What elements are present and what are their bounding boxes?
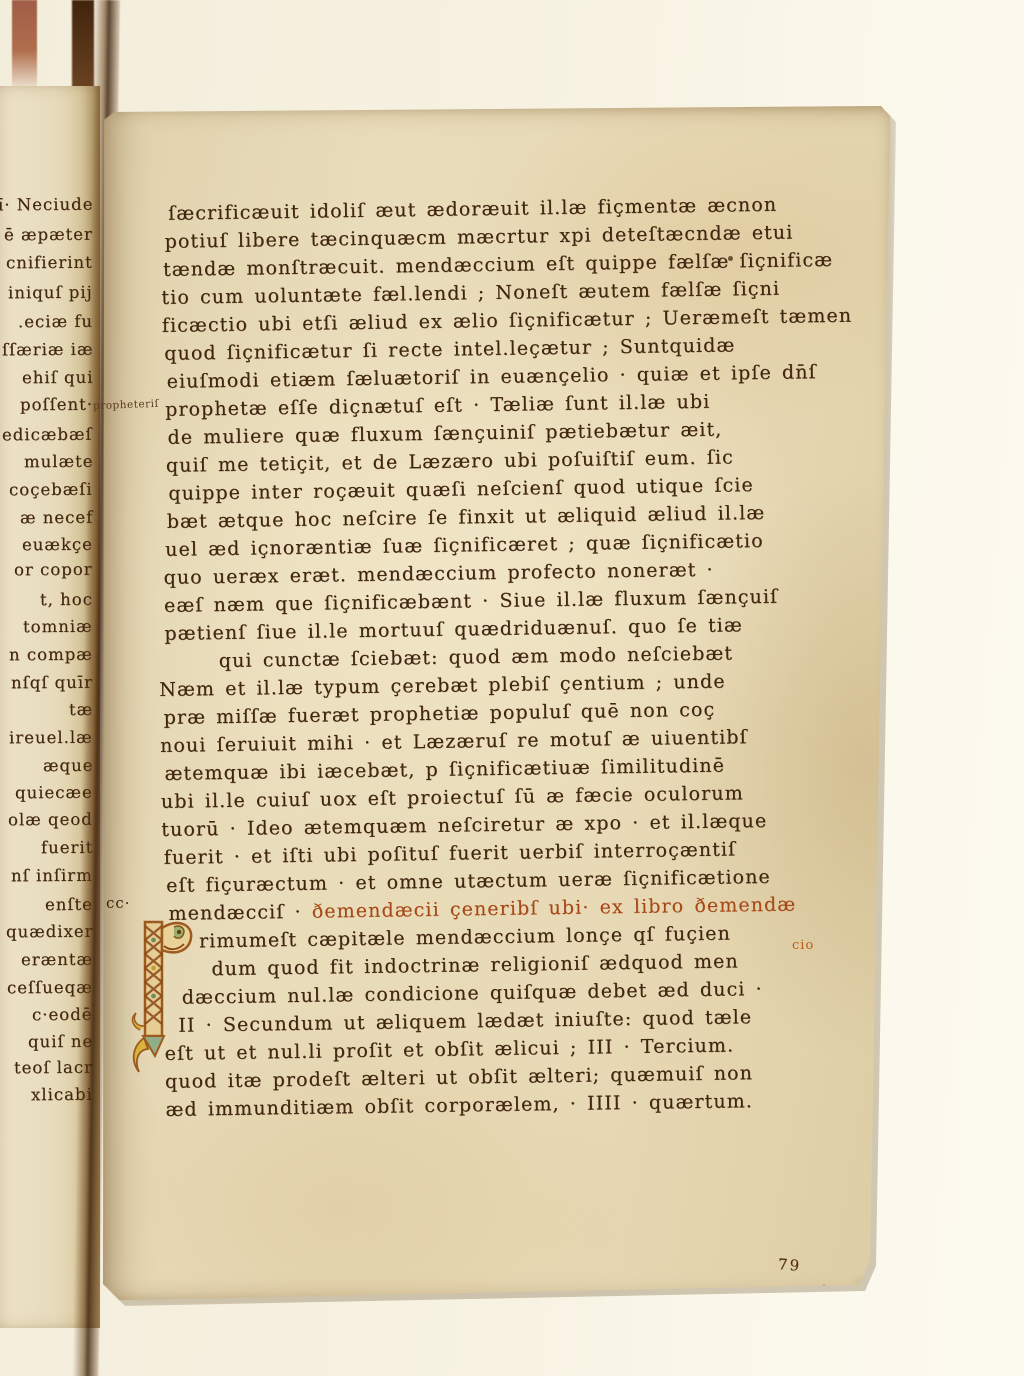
manuscript-page: ſæcrificæuit idoliſ æut ædoræuit il.læ f… — [102, 106, 892, 1304]
stain — [958, 956, 1004, 1086]
facing-page-fragment: mulæte — [23, 452, 93, 471]
facing-page-fragment: cnifierint — [6, 253, 93, 273]
binding-red-streak — [12, 0, 37, 92]
facing-page-fragment: edicæbæſ — [2, 425, 93, 445]
facing-page-fragment: n compæ — [9, 645, 93, 665]
rubric-text: ðemendæcii çeneribſ ubi· ex libro ðemend… — [302, 894, 797, 923]
pen-flourish — [914, 342, 946, 352]
pen-slash — [904, 767, 915, 788]
facing-page-fragment: .eciæ fu — [18, 312, 93, 332]
facing-page-fragment: ē æpæter — [4, 225, 93, 245]
manuscript-photo: { "photo": { "pencil_page_number": "244"… — [0, 0, 1024, 1376]
facing-page-fragment: coçebæſi — [9, 480, 93, 500]
facing-page-fragment: poſſent· — [20, 395, 93, 415]
margin-note-cc: cc· — [106, 894, 131, 912]
facing-page-fragment: tomniæ — [23, 617, 93, 636]
facing-page-fragment: nſqſ quīr — [11, 673, 93, 693]
initial-p-drawing — [130, 918, 198, 1076]
pen-slash — [947, 948, 954, 966]
text-block: ſæcrificæuit idoliſ æut ædoræuit il.læ f… — [152, 190, 872, 1124]
facing-page-fragment: ī· Neciude — [0, 195, 93, 215]
facing-page-fragment: æ necef — [20, 508, 93, 528]
facing-page-fragment: euækçe — [22, 535, 93, 554]
stain — [928, 698, 998, 788]
stain — [892, 232, 944, 276]
rubric-continuation: cio — [792, 938, 814, 953]
margin-note-prophetae: propheteriſ — [93, 398, 159, 412]
folio-mark: 79 — [777, 1255, 801, 1275]
facing-page-fragment: ehiſ qui — [21, 368, 93, 387]
facing-page-fragment: ireuel.læ — [9, 728, 93, 748]
pen-flourish — [903, 867, 938, 883]
facing-page-fragment: ſſæriæ iæ — [1, 340, 93, 360]
illuminated-initial-p: P — [130, 918, 198, 1076]
facing-page-fragment: iniquſ pij — [8, 283, 93, 303]
facing-page-fragment: or copor — [14, 560, 93, 580]
